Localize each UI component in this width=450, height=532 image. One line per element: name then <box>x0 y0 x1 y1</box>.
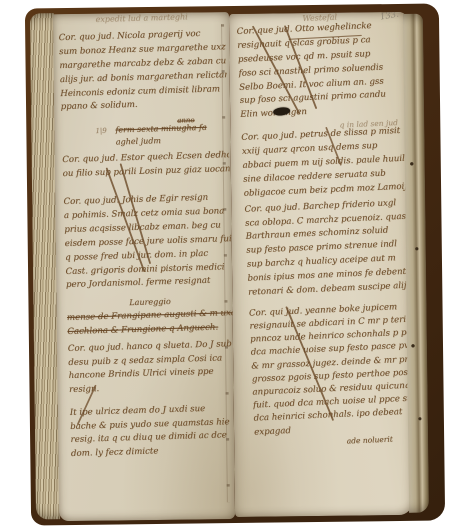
text-block: mense de Frangipane augusti & m uxadCach… <box>67 307 235 340</box>
left-page-blocks: Cor. quo jud. Nicola pragerij vocsum bon… <box>58 27 235 461</box>
running-title-left: expedit lud a marteghi <box>58 12 225 26</box>
manuscript-photo: { "book": { "page_number": "133.", "left… <box>0 0 450 532</box>
text-block: 1|9annoferm sexta minugha faaghel judm <box>61 121 229 149</box>
text-block: Cor. qui jud. yeanne boke jupicemresigna… <box>249 300 413 439</box>
right-page-text: Westefal Cor. que jud. Otto weghelincker… <box>236 12 413 449</box>
text-block: It ipe ulricz deam do J uxdi suebache & … <box>70 402 236 461</box>
margin-note: 1|9 <box>95 127 106 135</box>
text-block: Cor. quo jud. Barchep friderio uxglsca o… <box>244 196 413 300</box>
text-block: Cor. quo jud. hanco q slueta. Do J subde… <box>68 338 235 398</box>
left-page: expedit lud a marteghi Cor. quo jud. Nic… <box>53 12 235 521</box>
text-block: Cor. que jud. Otto weghelinckeresignauit… <box>236 19 407 123</box>
manuscript-line: aghel judm <box>116 133 229 148</box>
manuscript-line: ade noluerit <box>346 431 413 448</box>
right-page: 133. Westefal Cor. que jud. Otto wegheli… <box>229 12 413 517</box>
text-block: Cor. quo jud. Nicola pragerij vocsum bon… <box>58 27 227 115</box>
left-page-text: expedit lud a marteghi Cor. quo jud. Nic… <box>58 12 235 461</box>
open-manuscript-book: expedit lud a marteghi Cor. quo jud. Nic… <box>25 3 445 525</box>
right-page-blocks: Cor. que jud. Otto weghelinckeresignauit… <box>236 19 413 450</box>
text-block: Cor. quo jud. Johis de Egir resigna pohi… <box>63 191 233 293</box>
text-block: Cor. quo jud. petrus de slissa p misitxx… <box>241 125 411 202</box>
superscript-note: anno <box>177 116 195 125</box>
text-block: Cor. quo jud. Estor quech Ecsen dedhoito… <box>62 149 230 182</box>
